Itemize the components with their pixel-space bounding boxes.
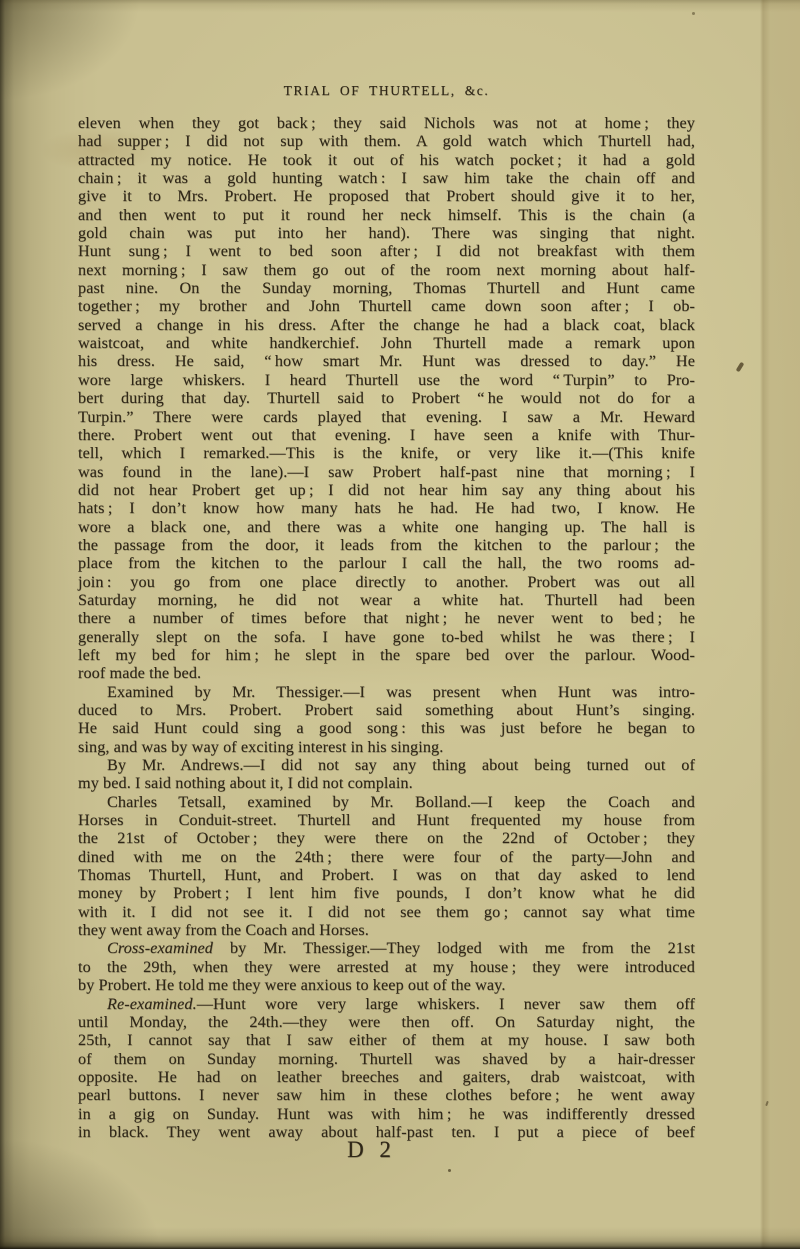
text-line: his dress. He said, “ how smart Mr. Hunt… xyxy=(78,352,695,370)
text-line: sing, and was by way of exciting interes… xyxy=(78,738,695,756)
text-line: left my bed for him ; he slept in the sp… xyxy=(78,646,695,664)
ink-speck xyxy=(692,12,695,15)
text-line: 25th, I cannot say that I saw either of … xyxy=(78,1031,695,1049)
text-line: until Monday, the 24th.—they were then o… xyxy=(78,1013,695,1031)
text-line: waistcoat, and white handkerchief. John … xyxy=(78,334,695,352)
text-line: dined with me on the 24th ; there were f… xyxy=(78,848,695,866)
text-line: He said Hunt could sing a good song : th… xyxy=(78,719,695,737)
book-page: TRIAL OF THURTELL, &c. eleven when they … xyxy=(0,0,800,1249)
text-line: Cross-examined by Mr. Thessiger.—They lo… xyxy=(78,939,695,957)
body-text: eleven when they got back ; they said Ni… xyxy=(78,114,695,1141)
text-line: Turpin.” There were cards played that ev… xyxy=(78,408,695,426)
text-line: to the 29th, when they were arrested at … xyxy=(78,958,695,976)
text-line: gold chain was put into her hand). There… xyxy=(78,224,695,242)
text-line: next morning ; I saw them go out of the … xyxy=(78,261,695,279)
text-line: of them on Sunday morning. Thurtell was … xyxy=(78,1050,695,1068)
text-line: place from the kitchen to the parlour I … xyxy=(78,554,695,572)
text-line: wore large whiskers. I heard Thurtell us… xyxy=(78,371,695,389)
text-line: join : you go from one place directly to… xyxy=(78,573,695,591)
text-line: and then went to put it round her neck h… xyxy=(78,206,695,224)
text-line: hats ; I don’t know how many hats he had… xyxy=(78,499,695,517)
text-line: By Mr. Andrews.—I did not say any thing … xyxy=(78,756,695,774)
text-line: Re-examined.—Hunt wore very large whiske… xyxy=(78,995,695,1013)
text-line: did not hear Probert get up ; I did not … xyxy=(78,481,695,499)
text-line: with it. I did not see it. I did not see… xyxy=(78,903,695,921)
text-line: Saturday morning, he did not wear a whit… xyxy=(78,591,695,609)
text-line: give it to Mrs. Probert. He proposed tha… xyxy=(78,187,695,205)
text-line: money by Probert ; I lent him five pound… xyxy=(78,884,695,902)
text-line: generally slept on the sofa. I have gone… xyxy=(78,628,695,646)
text-line: pearl buttons. I never saw him in these … xyxy=(78,1086,695,1104)
text-line: together ; my brother and John Thurtell … xyxy=(78,297,695,315)
ink-speck xyxy=(448,1169,451,1172)
text-line: the passage from the door, it leads from… xyxy=(78,536,695,554)
text-line: Horses in Conduit-street. Thurtell and H… xyxy=(78,811,695,829)
text-line: in a gig on Sunday. Hunt was with him ; … xyxy=(78,1105,695,1123)
text-line: bert during that day. Thurtell said to P… xyxy=(78,389,695,407)
page-header: TRIAL OF THURTELL, &c. xyxy=(78,84,695,98)
text-line: they went away from the Coach and Horses… xyxy=(78,921,695,939)
text-line: attracted my notice. He took it out of h… xyxy=(78,151,695,169)
ink-speck xyxy=(736,362,745,373)
text-line: my bed. I said nothing about it, I did n… xyxy=(78,774,695,792)
text-line: had supper ; I did not sup with them. A … xyxy=(78,132,695,150)
text-line: was found in the lane).—I saw Probert ha… xyxy=(78,463,695,481)
text-line: served a change in his dress. After the … xyxy=(78,316,695,334)
text-line: duced to Mrs. Probert. Probert said some… xyxy=(78,701,695,719)
text-line: tell, which I remarked.—This is the knif… xyxy=(78,444,695,462)
text-line: by Probert. He told me they were anxious… xyxy=(78,976,695,994)
text-line: Examined by Mr. Thessiger.—I was present… xyxy=(78,683,695,701)
text-line: there a number of times before that nigh… xyxy=(78,609,695,627)
text-line: Thomas Thurtell, Hunt, and Probert. I wa… xyxy=(78,866,695,884)
ink-speck xyxy=(765,1101,769,1106)
text-line: wore a black one, and there was a white … xyxy=(78,518,695,536)
text-line: chain ; it was a gold hunting watch : I … xyxy=(78,169,695,187)
text-line: eleven when they got back ; they said Ni… xyxy=(78,114,695,132)
text-line: opposite. He had on leather breeches and… xyxy=(78,1068,695,1086)
text-line: past nine. On the Sunday morning, Thomas… xyxy=(78,279,695,297)
text-line: roof made the bed. xyxy=(78,664,695,682)
signature-mark: D 2 xyxy=(63,1138,680,1161)
text-line: Charles Tetsall, examined by Mr. Bolland… xyxy=(78,793,695,811)
text-line: Hunt sung ; I went to bed soon after ; I… xyxy=(78,242,695,260)
text-line: the 21st of October ; they were there on… xyxy=(78,829,695,847)
text-line: there. Probert went out that evening. I … xyxy=(78,426,695,444)
